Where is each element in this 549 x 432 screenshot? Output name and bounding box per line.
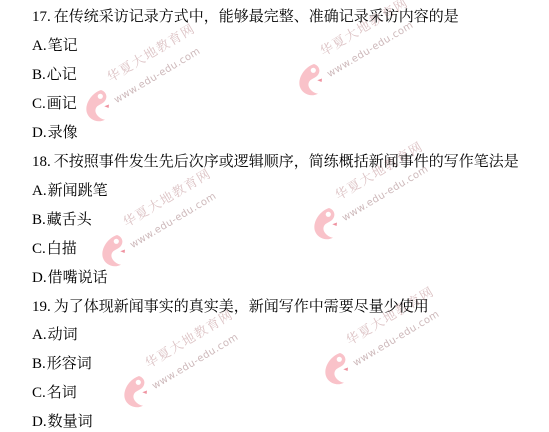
- question-stem-text: 在传统采访记录方式中，能够最完整、准确记录采访内容的是: [54, 9, 459, 25]
- question-stem-line: 17.在传统采访记录方式中，能够最完整、准确记录采访内容的是: [32, 7, 459, 28]
- question-stem-line: 19.为了体现新闻事实的真实美，新闻写作中需要尽量少使用: [32, 297, 429, 318]
- question-number: 19.: [32, 299, 51, 315]
- option-line: D.借嘴说话: [32, 268, 108, 289]
- option-text: 动词: [48, 327, 78, 343]
- option-text: 名词: [47, 385, 77, 401]
- option-text: 录像: [48, 125, 78, 141]
- option-label: C.: [32, 241, 46, 257]
- question-stem-text: 不按照事件发生先后次序或逻辑顺序，简练概括新闻事件的写作笔法是: [54, 154, 519, 170]
- option-label: A.: [32, 38, 47, 54]
- exam-question-page: 华夏大地教育网 www.edu-edu.com 华夏大地教育网 www.edu-…: [0, 0, 549, 432]
- option-label: B.: [32, 212, 46, 228]
- option-label: B.: [32, 356, 46, 372]
- question-stem-line: 18.不按照事件发生先后次序或逻辑顺序，简练概括新闻事件的写作笔法是: [32, 152, 519, 173]
- option-label: D.: [32, 125, 47, 141]
- option-line: C.白描: [32, 239, 77, 260]
- option-text: 数量词: [48, 414, 93, 430]
- option-label: D.: [32, 414, 47, 430]
- option-line: D.数量词: [32, 412, 93, 432]
- question-number: 18.: [32, 154, 51, 170]
- option-line: C.名词: [32, 383, 77, 404]
- option-line: D.录像: [32, 123, 78, 144]
- question-stem-text: 为了体现新闻事实的真实美，新闻写作中需要尽量少使用: [54, 299, 429, 315]
- option-text: 形容词: [47, 356, 92, 372]
- option-line: A.笔记: [32, 36, 78, 57]
- option-label: D.: [32, 270, 47, 286]
- option-text: 借嘴说话: [48, 270, 108, 286]
- option-label: A.: [32, 183, 47, 199]
- option-label: B.: [32, 67, 46, 83]
- option-line: A.动词: [32, 325, 78, 346]
- option-line: C.画记: [32, 94, 77, 115]
- option-line: A.新闻跳笔: [32, 181, 108, 202]
- option-text: 心记: [47, 67, 77, 83]
- question-text-layer: 17.在传统采访记录方式中，能够最完整、准确记录采访内容的是A.笔记B.心记C.…: [0, 0, 549, 432]
- option-text: 新闻跳笔: [48, 183, 108, 199]
- option-label: C.: [32, 96, 46, 112]
- option-line: B.形容词: [32, 354, 92, 375]
- option-label: A.: [32, 327, 47, 343]
- option-line: B.藏舌头: [32, 210, 92, 231]
- option-text: 白描: [47, 241, 77, 257]
- option-text: 画记: [47, 96, 77, 112]
- question-number: 17.: [32, 9, 51, 25]
- option-text: 藏舌头: [47, 212, 92, 228]
- option-text: 笔记: [48, 38, 78, 54]
- option-label: C.: [32, 385, 46, 401]
- option-line: B.心记: [32, 65, 77, 86]
